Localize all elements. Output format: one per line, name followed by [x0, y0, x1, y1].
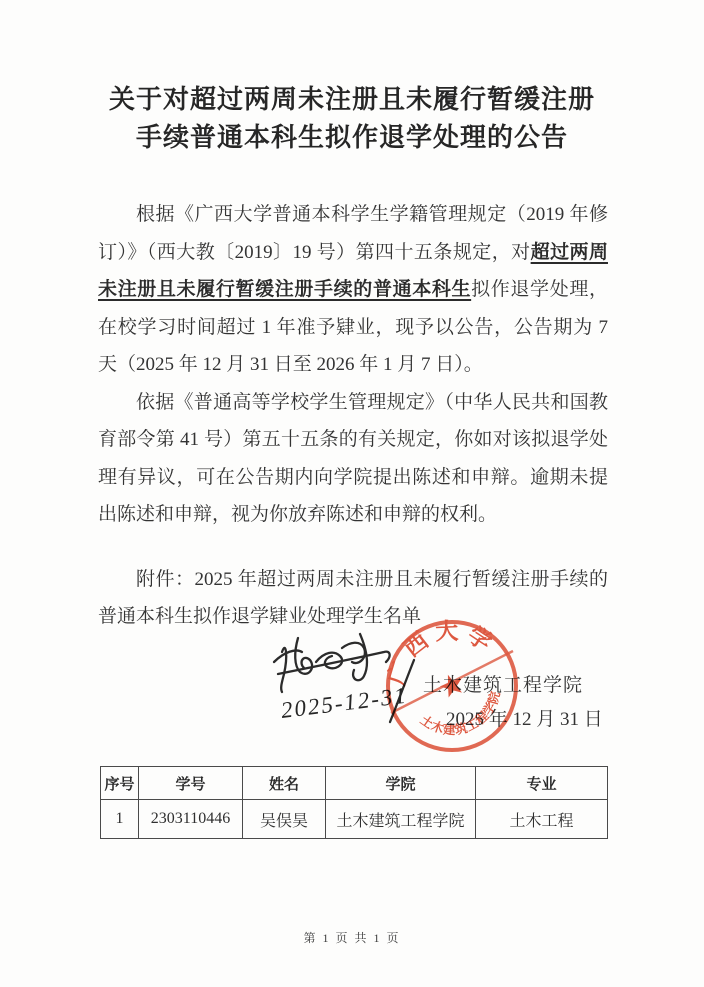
document-title-line1: 关于对超过两周未注册且未履行暂缓注册	[0, 80, 704, 118]
header-college: 学院	[326, 767, 476, 800]
cell-index: 1	[101, 800, 139, 839]
cell-name: 吴俣昊	[243, 800, 326, 839]
student-roster-table: 序号 学号 姓名 学院 专业 1 2303110446 吴俣昊 土木建筑工程学院…	[100, 766, 608, 839]
seal-rotated-content: 广西大学 土木建筑工程学院	[383, 617, 521, 755]
document-title: 关于对超过两周未注册且未履行暂缓注册 手续普通本科生拟作退学处理的公告	[0, 80, 704, 156]
document-body: 根据《广西大学普通本科学生学籍管理规定（2019 年修订）》（西大教〔2019〕…	[98, 196, 608, 636]
header-student-id: 学号	[139, 767, 243, 800]
page-number-footer: 第 1 页 共 1 页	[0, 929, 704, 946]
paragraph-appeal-rights: 依据《普通高等学校学生管理规定》（中华人民共和国教育部令第 41 号）第五十五条…	[98, 384, 608, 534]
document-title-line2: 手续普通本科生拟作退学处理的公告	[0, 118, 704, 156]
cell-college: 土木建筑工程学院	[326, 800, 476, 839]
official-seal-stamp: 广西大学 土木建筑工程学院	[383, 617, 521, 755]
table-row: 1 2303110446 吴俣昊 土木建筑工程学院 土木工程	[101, 800, 608, 839]
announcement-document-page: 关于对超过两周未注册且未履行暂缓注册 手续普通本科生拟作退学处理的公告 根据《广…	[0, 0, 704, 987]
header-name: 姓名	[243, 767, 326, 800]
header-index: 序号	[101, 767, 139, 800]
cell-student-id: 2303110446	[139, 800, 243, 839]
table-header-row: 序号 学号 姓名 学院 专业	[101, 767, 608, 800]
paragraph-basis: 根据《广西大学普通本科学生学籍管理规定（2019 年修订）》（西大教〔2019〕…	[98, 196, 608, 384]
header-major: 专业	[476, 767, 608, 800]
cell-major: 土木工程	[476, 800, 608, 839]
seal-star-icon	[437, 671, 466, 699]
seal-university-text: 广西大学	[383, 617, 507, 695]
